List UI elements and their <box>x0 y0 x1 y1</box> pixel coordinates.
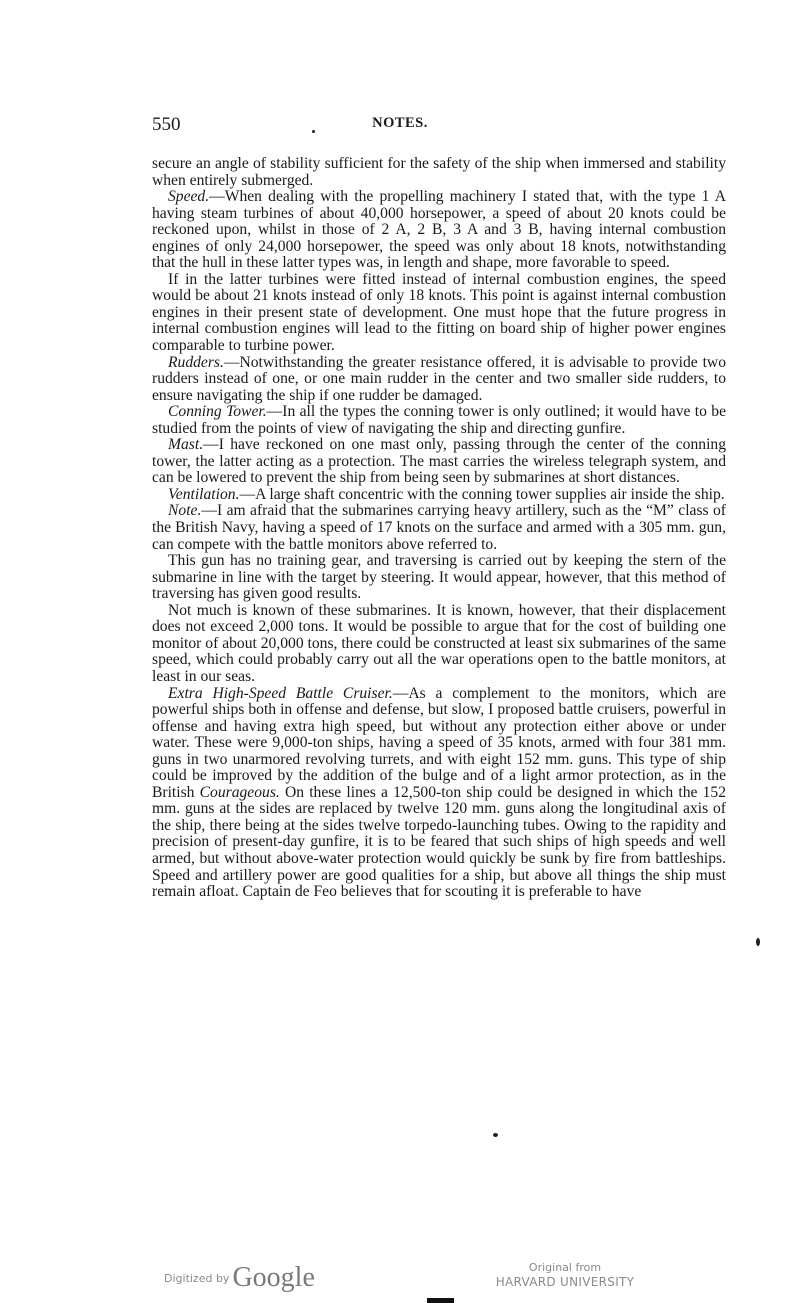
scan-speck <box>493 1133 498 1137</box>
paragraph: Speed.—When dealing with the propelling … <box>152 189 726 272</box>
paragraph: Conning Tower.—In all the types the conn… <box>152 404 726 437</box>
paragraph-text: —I am afraid that the submarines carryin… <box>152 502 726 552</box>
paragraph-text: This gun has no training gear, and trave… <box>152 552 726 602</box>
original-from-label: Original from <box>470 1261 660 1275</box>
paragraph-text: —A large shaft concentric with the conni… <box>239 486 724 503</box>
running-head: NOTES. <box>0 115 800 132</box>
paragraph-text: Not much is known of these submarines. I… <box>152 602 726 685</box>
digitized-by-label: Digitized by <box>164 1272 229 1285</box>
scan-speck <box>312 130 315 133</box>
paragraph-text: —I have reckoned on one mast only, passi… <box>152 436 726 486</box>
section-heading: Extra High-Speed Battle Cruiser. <box>168 685 393 702</box>
section-heading: Mast. <box>168 436 203 453</box>
section-heading: Conning Tower. <box>168 403 267 420</box>
paragraph: secure an angle of stability sufficient … <box>152 156 726 189</box>
google-logo: Google <box>232 1262 314 1293</box>
body-text: secure an angle of stability sufficient … <box>152 156 726 901</box>
section-heading: Note. <box>168 502 201 519</box>
paragraph-text: —Notwithstanding the greater resistance … <box>152 354 726 404</box>
paragraph-text: If in the latter turbines were fitted in… <box>152 271 726 354</box>
original-source: Original from HARVARD UNIVERSITY <box>470 1261 660 1289</box>
ship-name: Courageous. <box>200 784 280 801</box>
paragraph: Mast.—I have reckoned on one mast only, … <box>152 437 726 487</box>
section-heading: Speed. <box>168 188 209 205</box>
paragraph: Note.—I am afraid that the submarines ca… <box>152 503 726 553</box>
paragraph-text: On these lines a 12,500-ton ship could b… <box>152 784 726 900</box>
scan-edge-mark <box>427 1298 454 1303</box>
scan-speck <box>756 938 760 946</box>
section-heading: Rudders. <box>168 354 224 371</box>
paragraph: Extra High-Speed Battle Cruiser.—As a co… <box>152 686 726 901</box>
paragraph: Not much is known of these submarines. I… <box>152 603 726 686</box>
paragraph: This gun has no training gear, and trave… <box>152 553 726 603</box>
section-heading: Ventilation. <box>168 486 239 503</box>
digitized-by-google: Digitized byGoogle <box>164 1262 315 1294</box>
institution-name: HARVARD UNIVERSITY <box>470 1275 660 1289</box>
paragraph: Rudders.—Notwithstanding the greater res… <box>152 355 726 405</box>
paragraph-text: —When dealing with the propelling machin… <box>152 188 726 271</box>
paragraph-text: secure an angle of stability sufficient … <box>152 155 726 189</box>
paragraph: If in the latter turbines were fitted in… <box>152 272 726 355</box>
paragraph: Ventilation.—A large shaft concentric wi… <box>152 487 726 504</box>
